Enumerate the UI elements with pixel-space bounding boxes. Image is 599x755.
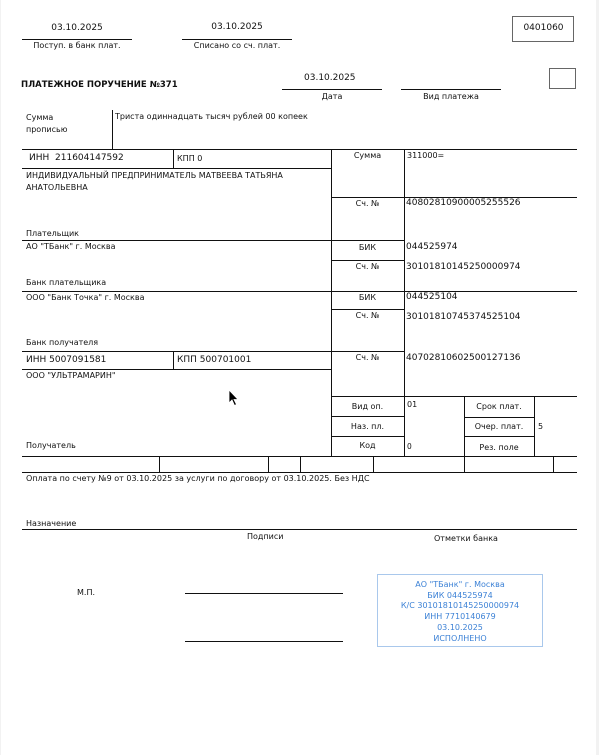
payee-bank-account: 30101810745374525104	[406, 312, 521, 322]
grid-line	[464, 417, 534, 418]
sum-value: 311000=	[407, 151, 444, 160]
payment-type-label: Вид платежа	[401, 92, 501, 101]
stamp-line: БИК 044525974	[378, 591, 542, 602]
amount-words-value: Триста одиннадцать тысяч рублей 00 копее…	[115, 112, 308, 121]
payee-bik: 044525104	[406, 292, 458, 302]
grid-line	[173, 149, 174, 168]
received-date-line	[22, 39, 132, 40]
grid-line	[553, 456, 554, 472]
stamp-line: ИНН 7710140679	[378, 612, 542, 623]
bank-stamp: АО "ТБанк" г. Москва БИК 044525974 К/С 3…	[377, 574, 543, 647]
payer-account-label: Сч. №	[331, 199, 404, 208]
grid-line	[22, 291, 577, 292]
payer-bik: 044525974	[406, 242, 458, 252]
payee-caption: Получатель	[26, 441, 76, 450]
payee-account: 40702810602500127136	[406, 353, 521, 363]
amount-words-label: Сумма прописью	[26, 112, 67, 136]
payer-inn-value: 211604147592	[55, 153, 124, 163]
grid-line	[331, 396, 577, 397]
payment-order-page: 03.10.2025 Поступ. в банк плат. 03.10.20…	[1, 0, 596, 755]
grid-line	[22, 351, 404, 352]
payee-inn: ИНН 5007091581	[26, 355, 106, 365]
stamp-line: К/С 30101810145250000974	[378, 601, 542, 612]
payer-bank-account-label: Сч. №	[331, 262, 404, 271]
grid-line	[22, 529, 577, 530]
debited-date-line	[182, 39, 292, 40]
blank-code-box	[549, 68, 576, 89]
stamp-line: ИСПОЛНЕНО	[378, 634, 542, 645]
grid-line	[373, 456, 374, 472]
signatures-label: Подписи	[247, 532, 283, 541]
op-type-value: 01	[407, 400, 417, 409]
payee-kpp: КПП 500701001	[177, 355, 251, 365]
stamp-line: АО "ТБанк" г. Москва	[378, 580, 542, 591]
payee-name: ООО "УЛЬТРАМАРИН"	[26, 371, 116, 380]
amount-words-label-line2: прописью	[26, 124, 67, 136]
grid-line	[22, 168, 331, 169]
bank-marks-label: Отметки банка	[434, 534, 498, 543]
stamp-line: 03.10.2025	[378, 623, 542, 634]
payee-bank-caption: Банк получателя	[26, 338, 98, 347]
grid-line	[22, 149, 577, 150]
payer-kpp-value: 0	[197, 154, 202, 163]
amount-words-divider	[112, 110, 113, 149]
reserve-label: Рез. поле	[464, 443, 534, 452]
grid-line	[534, 396, 535, 456]
payer-name-line1: ИНДИВИДУАЛЬНЫЙ ПРЕДПРИНИМАТЕЛЬ МАТВЕЕВА …	[26, 170, 283, 182]
payer-kpp-label: КПП	[177, 154, 195, 163]
due-label: Срок плат.	[464, 402, 534, 411]
document-title: ПЛАТЕЖНОЕ ПОРУЧЕНИЕ №371	[21, 80, 178, 90]
payer-bik-label: БИК	[331, 243, 404, 252]
grid-line	[159, 456, 160, 472]
payee-bank-account-label: Сч. №	[331, 311, 404, 320]
priority-label: Очер. плат.	[464, 422, 534, 431]
debited-label: Списано со сч. плат.	[182, 41, 292, 50]
grid-line	[331, 436, 404, 437]
grid-line	[268, 456, 269, 472]
grid-line	[22, 369, 331, 370]
debited-date: 03.10.2025	[182, 22, 292, 32]
amount-words-label-line1: Сумма	[26, 112, 67, 124]
grid-line	[464, 436, 534, 437]
signature-line-2	[185, 641, 343, 642]
payer-bank-name: АО "ТБанк" г. Москва	[26, 242, 116, 251]
signature-line-1	[185, 593, 343, 594]
code-value: 0	[407, 442, 412, 451]
grid-line	[331, 309, 404, 310]
payee-bank-name: ООО "Банк Точка" г. Москва	[26, 293, 145, 302]
sum-label: Сумма	[331, 151, 404, 160]
payer-bank-account: 30101810145250000974	[406, 262, 521, 272]
payment-type-line	[401, 89, 501, 90]
payer-caption: Плательщик	[26, 229, 79, 238]
grid-line	[331, 416, 404, 417]
grid-line	[300, 456, 301, 472]
date-label: Дата	[282, 92, 382, 101]
payer-name: ИНДИВИДУАЛЬНЫЙ ПРЕДПРИНИМАТЕЛЬ МАТВЕЕВА …	[26, 170, 283, 194]
payer-kpp: КПП 0	[177, 154, 202, 163]
date-line	[282, 89, 382, 90]
payer-bank-caption: Банк плательщика	[26, 278, 106, 287]
form-code: 0401060	[512, 23, 575, 33]
purpose-code-label: Наз. пл.	[331, 422, 404, 431]
code-label: Код	[331, 441, 404, 450]
grid-line	[173, 351, 174, 369]
purpose-text: Оплата по счету №9 от 03.10.2025 за услу…	[26, 474, 370, 483]
priority-value: 5	[538, 422, 543, 431]
received-date: 03.10.2025	[22, 23, 132, 33]
payer-inn: ИНН 211604147592	[29, 153, 124, 163]
op-type-label: Вид оп.	[331, 402, 404, 411]
payee-account-label: Сч. №	[331, 353, 404, 362]
payer-inn-label: ИНН	[29, 153, 49, 163]
received-label: Поступ. в банк плат.	[22, 41, 132, 50]
payer-account: 40802810900005255526	[406, 198, 521, 208]
document-date: 03.10.2025	[304, 73, 356, 83]
grid-line	[22, 240, 404, 241]
seal-label: М.П.	[77, 588, 95, 597]
grid-line	[331, 260, 404, 261]
grid-line	[404, 149, 405, 456]
payee-bik-label: БИК	[331, 293, 404, 302]
purpose-caption: Назначение	[26, 519, 76, 528]
payer-name-line2: АНАТОЛЬЕВНА	[26, 182, 283, 194]
grid-line	[22, 472, 577, 473]
